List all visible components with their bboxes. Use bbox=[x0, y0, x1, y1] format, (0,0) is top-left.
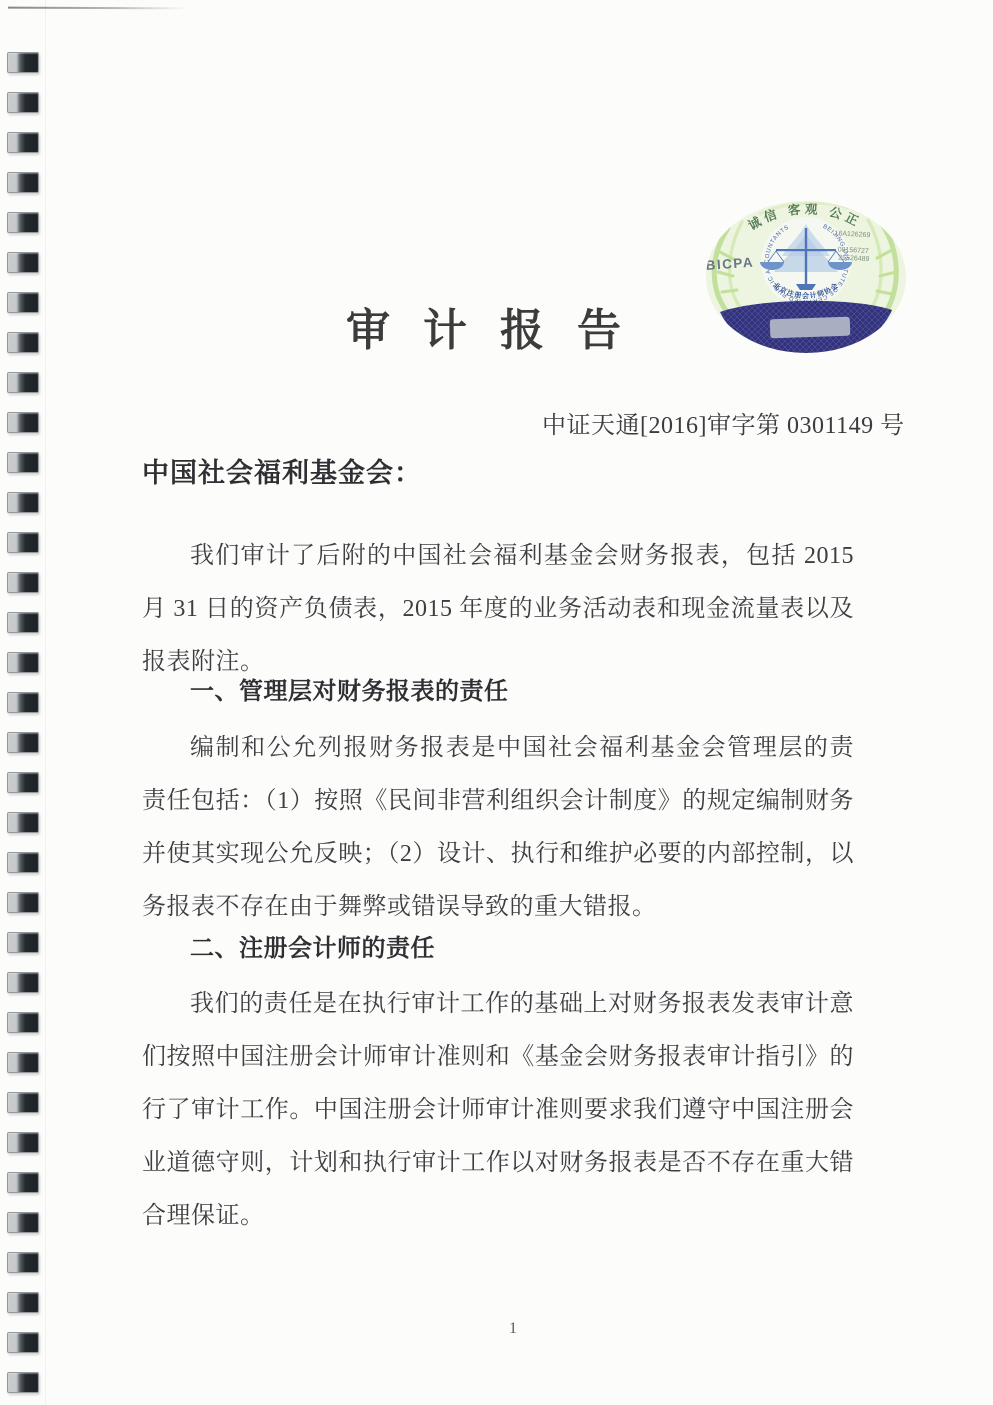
text-line: 月 31 日的资产负债表，2015 年度的业务活动表和现金流量表以及财务 bbox=[142, 583, 854, 636]
text-line: 们按照中国注册会计师审计准则和《基金会财务报表审计指引》的规定执 bbox=[142, 1031, 854, 1084]
binding-ring bbox=[7, 1052, 39, 1073]
binding-ring bbox=[7, 292, 39, 313]
binding-ring bbox=[7, 1292, 39, 1313]
binding-ring bbox=[7, 372, 39, 393]
paragraph-auditor: 我们的责任是在执行审计工作的基础上对财务报表发表审计意见。我们按照中国注册会计师… bbox=[142, 978, 854, 1243]
binding-ring bbox=[7, 1372, 39, 1393]
binding-ring bbox=[7, 52, 39, 73]
binding-ring bbox=[7, 772, 39, 793]
text-line: 合理保证。 bbox=[142, 1190, 854, 1243]
binding-ring bbox=[7, 1012, 39, 1033]
binding-ring bbox=[7, 1132, 39, 1153]
binding-ring bbox=[7, 332, 39, 353]
binding-ring bbox=[7, 492, 39, 513]
text-line: 业道德守则，计划和执行审计工作以对财务报表是否不存在重大错报获取 bbox=[142, 1137, 854, 1190]
binding-ring bbox=[7, 252, 39, 273]
binding-ring bbox=[7, 1212, 39, 1233]
binding-ring bbox=[7, 932, 39, 953]
binding-ring bbox=[7, 172, 39, 193]
binding-ring bbox=[7, 892, 39, 913]
binding-ring bbox=[7, 572, 39, 593]
text-line: 我们的责任是在执行审计工作的基础上对财务报表发表审计意见。我 bbox=[142, 978, 854, 1031]
binding-ring bbox=[7, 132, 39, 153]
binding-ring bbox=[7, 652, 39, 673]
binding-ring bbox=[7, 1332, 39, 1353]
section-heading-auditor: 二、注册会计师的责任 bbox=[142, 923, 854, 976]
text-line: 并使其实现公允反映；（2）设计、执行和维护必要的内部控制，以使财 bbox=[142, 828, 854, 881]
binding-ring bbox=[7, 1252, 39, 1273]
binding-ring bbox=[7, 212, 39, 233]
text-line: 编制和公允列报财务报表是中国社会福利基金会管理层的责任，这种 bbox=[142, 722, 854, 775]
binding-ring bbox=[7, 92, 39, 113]
binding-ring bbox=[7, 852, 39, 873]
addressee: 中国社会福利基金会： bbox=[142, 451, 422, 490]
text-line: 责任包括：（1）按照《民间非营利组织会计制度》的规定编制财务报表， bbox=[142, 775, 854, 828]
serial-label bbox=[770, 317, 851, 339]
document-page: 审计报告 诚信 客观 公正 bbox=[0, 0, 993, 1405]
spiral-binding bbox=[0, 0, 60, 1405]
text-line: 行了审计工作。中国注册会计师审计准则要求我们遵守中国注册会计师职 bbox=[142, 1084, 854, 1137]
document-number: 中证天通[2016]审字第 0301149 号 bbox=[542, 405, 905, 440]
binding-ring bbox=[7, 972, 39, 993]
text-line: 我们审计了后附的中国社会福利基金会财务报表，包括 2015 年 12 bbox=[142, 530, 854, 583]
text-line: 一、管理层对财务报表的责任 bbox=[142, 666, 854, 719]
binding-ring bbox=[7, 732, 39, 753]
page-number: 1 bbox=[509, 1320, 517, 1338]
section-heading-management: 一、管理层对财务报表的责任 bbox=[142, 666, 854, 719]
guilloche-band bbox=[720, 301, 892, 354]
binding-ring bbox=[7, 532, 39, 553]
binding-ring bbox=[7, 692, 39, 713]
binding-ring bbox=[7, 452, 39, 473]
binding-ring bbox=[7, 412, 39, 433]
report-title: 审计报告 bbox=[346, 294, 654, 358]
bicpa-seal-stamp: 诚信 客观 公正 BEIJING INSTITUTE OF CERTIFIED … bbox=[698, 194, 914, 358]
binding-ring bbox=[7, 1172, 39, 1193]
binding-ring bbox=[7, 1092, 39, 1113]
text-line: 二、注册会计师的责任 bbox=[142, 923, 854, 976]
paragraph-management: 编制和公允列报财务报表是中国社会福利基金会管理层的责任，这种责任包括：（1）按照… bbox=[142, 722, 854, 934]
binding-ring bbox=[7, 812, 39, 833]
binding-ring bbox=[7, 612, 39, 633]
